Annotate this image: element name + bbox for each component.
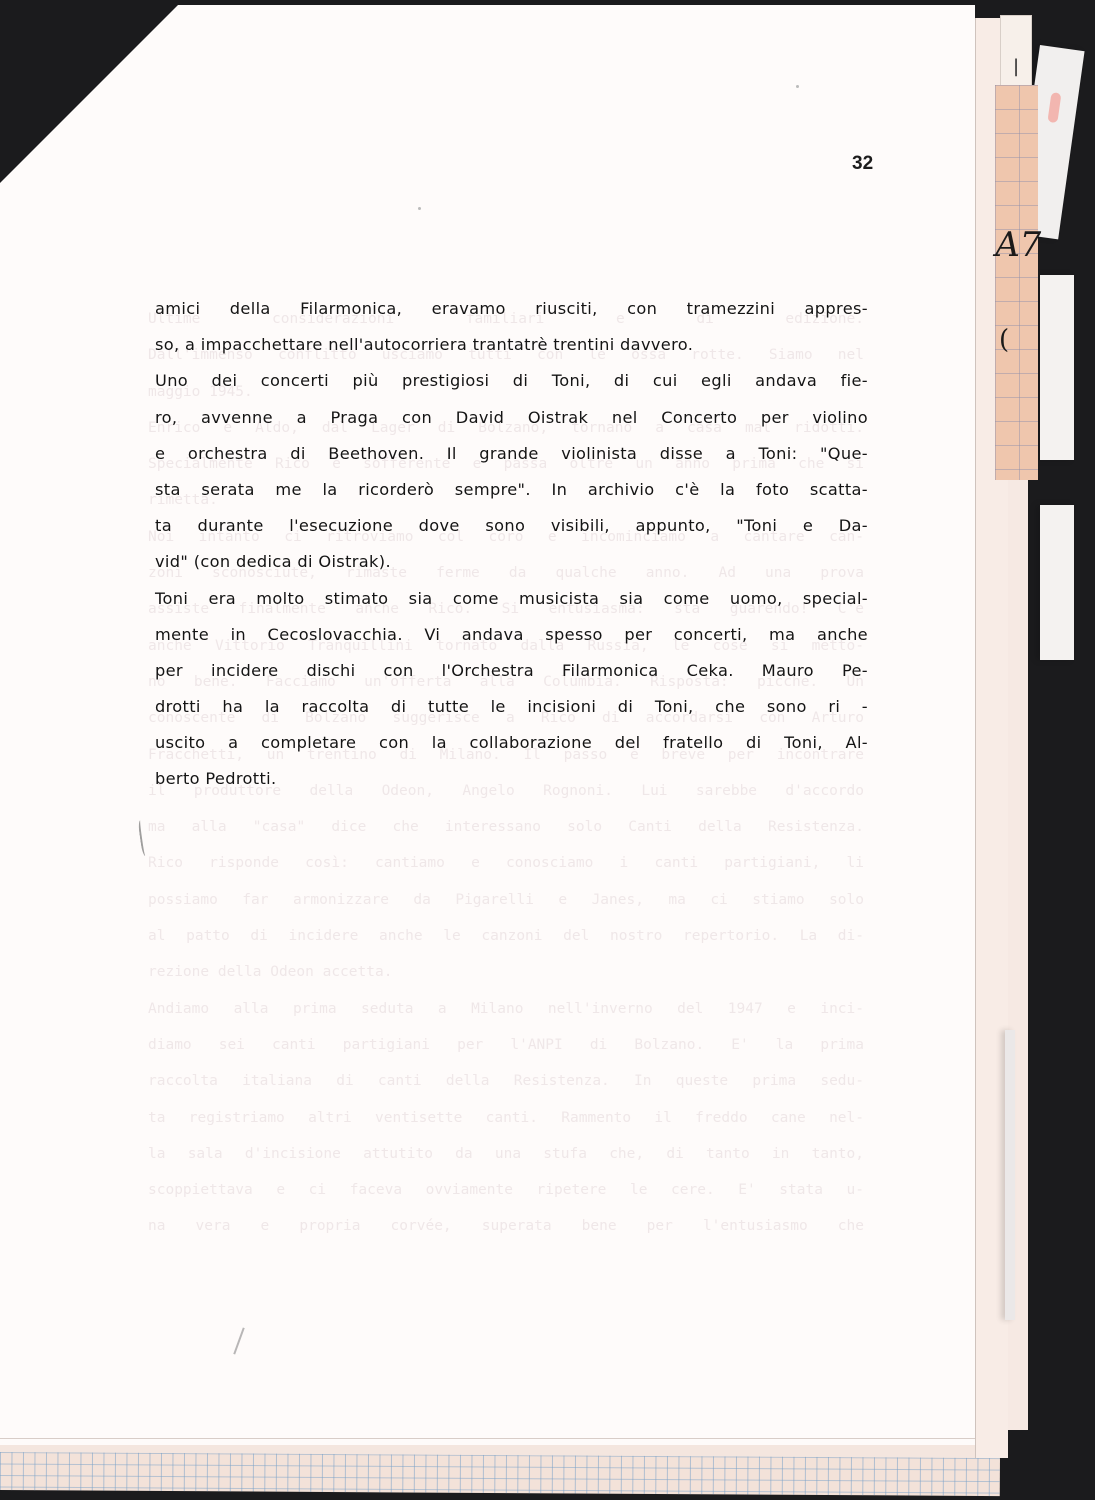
text-line: amici della Filarmonica, eravamo riuscit…	[155, 291, 868, 327]
page-edge-line	[0, 1438, 975, 1439]
show-through-line: al patto di incidere anche le canzoni de…	[148, 918, 864, 954]
show-through-line: ma alla "casa" dice che interessano solo…	[148, 809, 864, 845]
text-line: per incidere dischi con l'Orchestra Fila…	[155, 653, 868, 689]
show-through-line: scoppiettava e ci faceva ovviamente ripe…	[148, 1172, 864, 1208]
white-tab	[1040, 275, 1074, 460]
show-through-line: raccolta italiana di canti della Resiste…	[148, 1063, 864, 1099]
text-line: ta durante l'esecuzione dove sono visibi…	[155, 508, 868, 544]
show-through-line: possiamo far armonizzare da Pigarelli e …	[148, 882, 864, 918]
pencil-stroke	[233, 1328, 244, 1355]
show-through-line: na vera e propria corvée, superata bene …	[148, 1208, 864, 1244]
graph-paper-tab: A7 (	[995, 85, 1038, 480]
text-line: uscito a completare con la collaborazion…	[155, 725, 868, 761]
text-line: sta serata me la ricorderò sempre". In a…	[155, 472, 868, 508]
scanned-document: | A7 ( Ultime considerazioni familiari e…	[0, 0, 1095, 1500]
handwriting-mark: (	[999, 325, 1009, 355]
graph-paper-strip-bottom	[0, 1452, 1000, 1496]
text-line: Toni era molto stimato sia come musicist…	[155, 581, 868, 617]
show-through-line: Andiamo alla prima seduta a Milano nell'…	[148, 991, 864, 1027]
body-paragraphs: amici della Filarmonica, eravamo riuscit…	[155, 291, 868, 798]
ink-speck	[796, 85, 799, 88]
white-tab	[1040, 505, 1074, 660]
show-through-line: diamo sei canti partigiani per l'ANPI di…	[148, 1027, 864, 1063]
top-index-tab: |	[1000, 15, 1032, 87]
show-through-line: rezione della Odeon accetta.	[148, 954, 864, 990]
text-line: drotti ha la raccolta di tutte le incisi…	[155, 689, 868, 725]
show-through-line: ta registriamo altri ventisette canti. R…	[148, 1100, 864, 1136]
white-tab-edge	[1005, 1030, 1015, 1320]
text-line: berto Pedrotti.	[155, 761, 868, 797]
text-line: vid" (con dedica di Oistrak).	[155, 544, 868, 580]
text-line: mente in Cecoslovacchia. Vi andava spess…	[155, 617, 868, 653]
show-through-line: la sala d'incisione attutito da una stuf…	[148, 1136, 864, 1172]
text-line: ro, avvenne a Praga con David Oistrak ne…	[155, 400, 868, 436]
handwriting-note: A7	[991, 225, 1044, 265]
document-page: Ultime considerazioni familiari e di edi…	[0, 5, 975, 1445]
tab-mark: |	[1013, 56, 1019, 77]
text-line: Uno dei concerti più prestigiosi di Toni…	[155, 363, 868, 399]
text-line: e orchestra di Beethoven. Il grande viol…	[155, 436, 868, 472]
show-through-line: Rico risponde così: cantiamo e conosciam…	[148, 845, 864, 881]
page-number: 32	[852, 153, 873, 175]
text-line: so, a impacchettare nell'autocorriera tr…	[155, 327, 868, 363]
ink-speck	[418, 207, 421, 210]
red-mark	[1047, 92, 1061, 123]
